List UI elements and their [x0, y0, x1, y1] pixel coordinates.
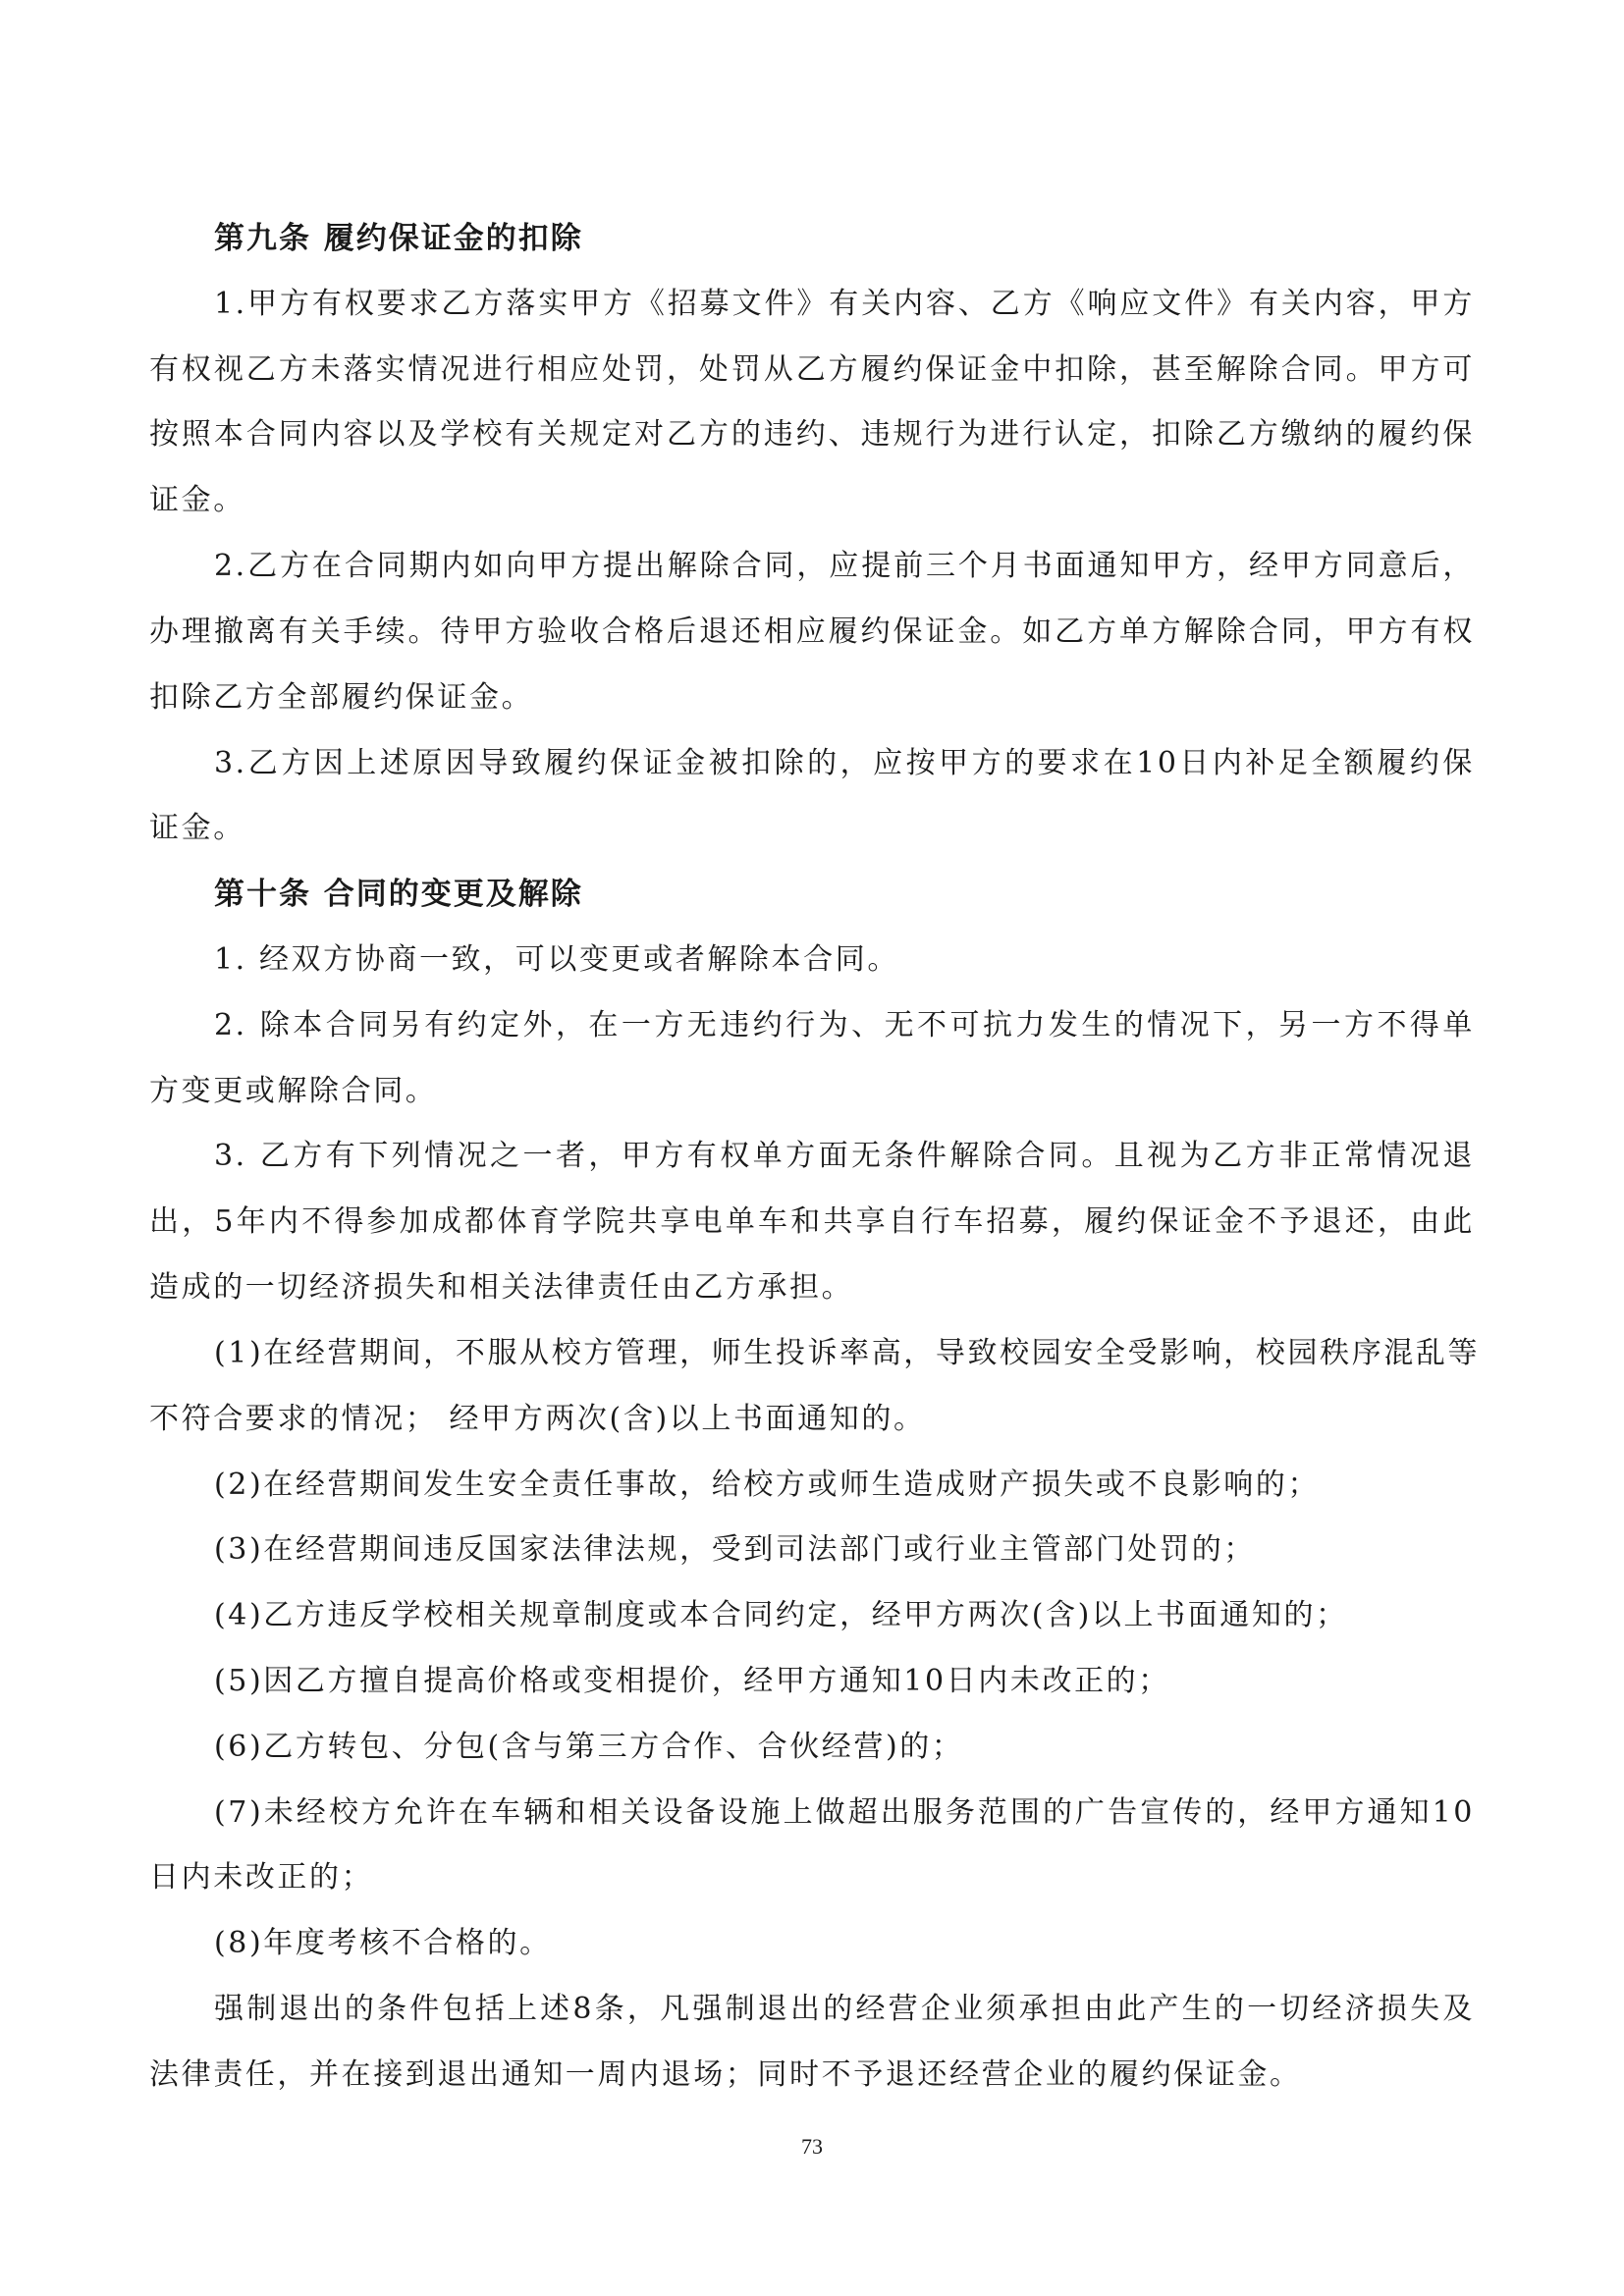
- paragraph-line: (1)在经营期间，不服从校方管理，师生投诉率高，导致校园安全受影响，校园秩序混乱…: [214, 1334, 1475, 1373]
- paragraph-line: 有权视乙方未落实情况进行相应处罚，处罚从乙方履约保证金中扣除，甚至解除合同。甲方…: [149, 350, 1475, 390]
- paragraph-line: (5)因乙方擅自提高价格或变相提价，经甲方通知10日内未改正的；: [214, 1662, 1475, 1701]
- paragraph-line: 造成的一切经济损失和相关法律责任由乙方承担。: [149, 1268, 1475, 1308]
- paragraph-line: 办理撤离有关手续。待甲方验收合格后退还相应履约保证金。如乙方单方解除合同，甲方有…: [149, 613, 1475, 652]
- paragraph-line: 证金。: [149, 481, 1475, 520]
- paragraph-line: 法律责任，并在接到退出通知一周内退场；同时不予退还经营企业的履约保证金。: [149, 2056, 1475, 2095]
- paragraph-line: 强制退出的条件包括上述8条，凡强制退出的经营企业须承担由此产生的一切经济损失及: [214, 1990, 1475, 2029]
- paragraph-line: (3)在经营期间违反国家法律法规，受到司法部门或行业主管部门处罚的；: [214, 1530, 1475, 1570]
- paragraph-line: (8)年度考核不合格的。: [214, 1924, 1475, 1963]
- paragraph-line: (7)未经校方允许在车辆和相关设备设施上做超出服务范围的广告宣传的，经甲方通知1…: [214, 1793, 1475, 1833]
- paragraph-line: 2. 除本合同另有约定外，在一方无违约行为、无不可抗力发生的情况下，另一方不得单: [214, 1006, 1475, 1045]
- paragraph-line: 1. 经双方协商一致，可以变更或者解除本合同。: [214, 940, 1475, 980]
- paragraph-line: 日内未改正的；: [149, 1858, 1475, 1897]
- paragraph-line: 3. 乙方有下列情况之一者，甲方有权单方面无条件解除合同。且视为乙方非正常情况退: [214, 1137, 1475, 1176]
- paragraph-line: 1.甲方有权要求乙方落实甲方《招募文件》有关内容、乙方《响应文件》有关内容，甲方: [214, 285, 1475, 324]
- document-page: 第九条 履约保证金的扣除 1.甲方有权要求乙方落实甲方《招募文件》有关内容、乙方…: [0, 0, 1624, 2296]
- section-heading-article-9: 第九条 履约保证金的扣除: [214, 219, 583, 258]
- paragraph-line: 3.乙方因上述原因导致履约保证金被扣除的，应按甲方的要求在10日内补足全额履约保: [214, 744, 1475, 783]
- paragraph-line: (4)乙方违反学校相关规章制度或本合同约定，经甲方两次(含)以上书面通知的；: [214, 1596, 1475, 1635]
- paragraph-line: 扣除乙方全部履约保证金。: [149, 678, 1475, 718]
- paragraph-line: 按照本合同内容以及学校有关规定对乙方的违约、违规行为进行认定，扣除乙方缴纳的履约…: [149, 415, 1475, 454]
- section-heading-article-10: 第十条 合同的变更及解除: [214, 875, 583, 914]
- paragraph-line: 2.乙方在合同期内如向甲方提出解除合同，应提前三个月书面通知甲方，经甲方同意后，: [214, 547, 1475, 586]
- page-number: 73: [0, 2132, 1624, 2162]
- paragraph-line: 方变更或解除合同。: [149, 1072, 1475, 1111]
- paragraph-line: 出，5年内不得参加成都体育学院共享电单车和共享自行车招募，履约保证金不予退还，由…: [149, 1202, 1475, 1242]
- paragraph-line: (6)乙方转包、分包(含与第三方合作、合伙经营)的；: [214, 1728, 1475, 1767]
- paragraph-line: (2)在经营期间发生安全责任事故，给校方或师生造成财产损失或不良影响的；: [214, 1466, 1475, 1505]
- paragraph-line: 不符合要求的情况； 经甲方两次(含)以上书面通知的。: [149, 1400, 1475, 1439]
- paragraph-line: 证金。: [149, 809, 1475, 848]
